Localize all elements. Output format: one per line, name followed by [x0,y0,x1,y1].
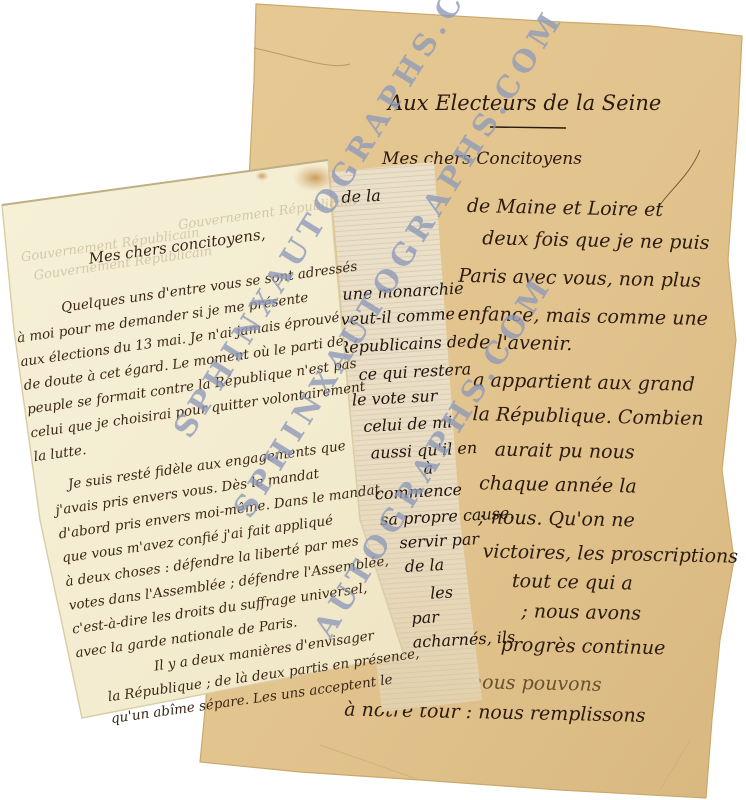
dealer-watermark: SPHINXAUTOGRAPHS.COM SPHINXAUTOGRAPHS.CO… [0,0,746,800]
manuscript-photo: Aux Electeurs de la Seine Mes chers Conc… [0,0,746,800]
